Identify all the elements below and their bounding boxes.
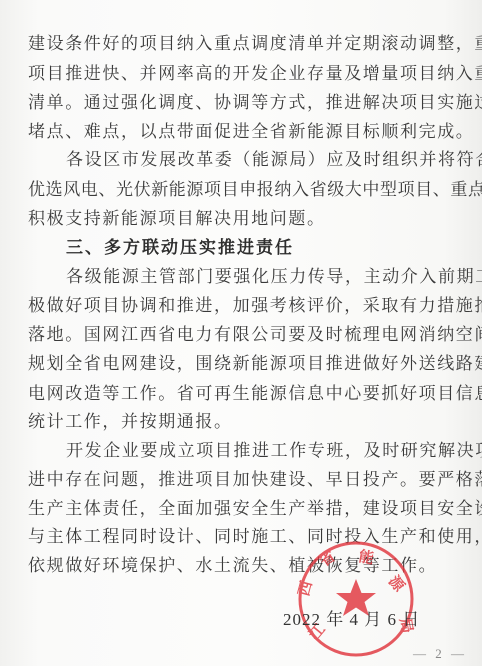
paragraph-1-line-2: 项目推进快、并网率高的开发企业存量及增量项目纳入重点调度 xyxy=(28,64,454,84)
paragraph-3-line-5: 电网改造等工作。省可再生能源信息中心要抓好项目信息调度及 xyxy=(28,384,454,404)
paragraph-3-line-6: 统计工作，并按期通报。 xyxy=(28,412,454,432)
paragraph-3-line-1: 各级能源主管部门要强化压力传导，主动介入前期工作，积 xyxy=(66,267,454,287)
paragraph-2-line-2: 优选风电、光伏新能源项目申报纳入省级大中型项目、重点项目， xyxy=(28,180,454,200)
official-seal: 江 西 省 能 源 局 xyxy=(296,539,416,659)
paragraph-4-line-3: 生产主体责任，全面加强安全生产举措，建设项目安全设施必须 xyxy=(28,499,454,519)
paragraph-3-line-3: 落地。国网江西省电力有限公司要及时梳理电网消纳空间，超前 xyxy=(28,325,454,345)
paragraph-1-line-1: 建设条件好的项目纳入重点调度清单并定期滚动调整，重点支持 xyxy=(28,34,454,54)
document-page: 建设条件好的项目纳入重点调度清单并定期滚动调整，重点支持 项目推进快、并网率高的… xyxy=(0,0,482,666)
seal-char-2: 西 xyxy=(296,579,316,598)
seal-char-4: 能 xyxy=(357,547,375,567)
paragraph-3-line-4: 规划全省电网建设，围绕新能源项目推进做好外送线路建设及配 xyxy=(28,354,454,374)
section-heading: 三、多方联动压实推进责任 xyxy=(66,238,294,258)
paragraph-2-line-1: 各设区市发展改革委（能源局）应及时组织并将符合条件的 xyxy=(66,150,454,170)
seal-char-3: 省 xyxy=(316,547,339,570)
paragraph-4-line-2: 进中存在问题，推进项目加快建设、早日投产。要严格落实安全 xyxy=(28,470,454,490)
paragraph-4-line-1: 开发企业要成立项目推进工作专班，及时研究解决项目推 xyxy=(66,441,454,461)
document-date: 2022 年 4 月 6 日 xyxy=(283,610,420,630)
paragraph-1-line-3: 清单。通过强化调度、协调等方式，推进解决项目实施过程中的 xyxy=(28,93,454,113)
paragraph-3-line-2: 极做好项目协调和推进，加强考核评价，采取有力措施推动项目 xyxy=(28,296,454,316)
page-number: — 2 — xyxy=(413,646,467,662)
paragraph-2-line-3: 积极支持新能源项目解决用地问题。 xyxy=(28,209,454,229)
paragraph-1-line-4: 堵点、难点，以点带面促进全省新能源目标顺利完成。 xyxy=(28,122,454,142)
